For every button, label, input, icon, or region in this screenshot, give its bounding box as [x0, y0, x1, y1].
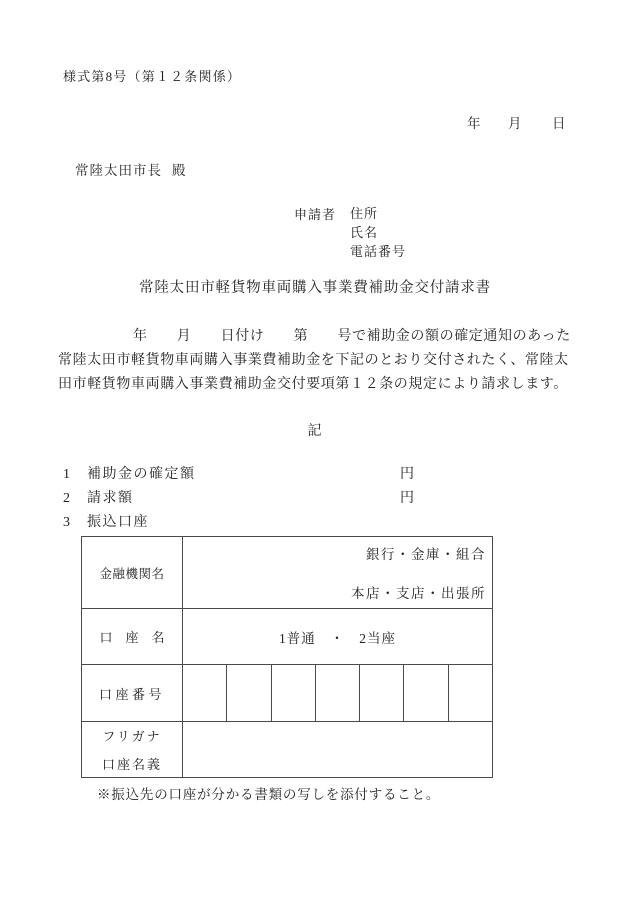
item-label: 請求額 — [87, 487, 134, 511]
account-digit-cell — [403, 665, 447, 721]
body-line-1: 年 月 日付け 第 号で補助金の額の確定通知のあった — [58, 325, 574, 349]
account-digit-cell — [226, 665, 270, 721]
account-type-options: 1普通 ・ 2当座 — [183, 609, 492, 664]
table-row-account-holder: フリガナ 口座名義 — [82, 721, 492, 777]
account-holder-name-label: 口座名義 — [102, 754, 162, 773]
table-row-institution: 金融機関名 銀行・金庫・組合 本店・支店・出張所 — [82, 537, 492, 608]
applicant-address-label: 住所 — [350, 204, 406, 223]
furigana-label: フリガナ — [102, 726, 161, 745]
item-label: 補助金の確定額 — [87, 463, 196, 487]
financial-institution-label: 金融機関名 — [82, 537, 183, 608]
item-unit: 円 — [400, 487, 416, 511]
account-digit-cell — [359, 665, 403, 721]
date-day-label: 日 — [552, 112, 566, 132]
applicant-fields: 住所 氏名 電話番号 — [350, 204, 406, 261]
account-holder-field — [183, 722, 492, 777]
account-digit-cell — [183, 665, 226, 721]
item-list: 1 補助金の確定額 円 2 請求額 円 3 振込口座 — [0, 463, 630, 535]
addressee-name: 常陸太田市長 — [75, 163, 162, 178]
form-number: 様式第8号（第１２条関係） — [63, 66, 241, 85]
addressee-line: 常陸太田市長殿 — [75, 159, 187, 179]
list-item: 2 請求額 円 — [0, 487, 630, 511]
date-month-label: 月 — [508, 112, 522, 132]
account-type-label: 口 座 名 — [82, 609, 183, 664]
body-line-3: 田市軽貨物車両購入事業費補助金交付要項第１２条の規定により請求します。 — [58, 373, 574, 397]
item-number: 3 — [63, 511, 72, 535]
item-label: 振込口座 — [87, 511, 149, 535]
list-item: 3 振込口座 — [0, 511, 630, 535]
table-row-account-type: 口 座 名 1普通 ・ 2当座 — [82, 608, 492, 664]
financial-institution-field: 銀行・金庫・組合 本店・支店・出張所 — [183, 537, 492, 608]
applicant-name-label: 氏名 — [350, 223, 406, 242]
bank-account-table: 金融機関名 銀行・金庫・組合 本店・支店・出張所 口 座 名 1普通 ・ 2当座… — [81, 536, 493, 778]
body-line-2: 常陸太田市軽貨物車両購入事業費補助金を下記のとおり交付されたく、常陸太 — [58, 349, 574, 373]
list-item: 1 補助金の確定額 円 — [0, 463, 630, 487]
applicant-phone-label: 電話番号 — [350, 242, 406, 261]
document-page: 様式第8号（第１２条関係） 年 月 日 常陸太田市長殿 申請者 住所 氏名 電話… — [0, 0, 630, 903]
item-number: 1 — [63, 463, 72, 487]
attachment-note: ※振込先の口座が分かる書類の写しを添付すること。 — [97, 783, 440, 803]
account-number-cells — [183, 665, 492, 721]
document-title: 常陸太田市軽貨物車両購入事業費補助金交付請求書 — [0, 276, 630, 297]
table-row-account-number: 口座番号 — [82, 664, 492, 721]
record-heading: 記 — [0, 420, 630, 440]
applicant-label: 申請者 — [294, 204, 336, 223]
account-digit-cell — [315, 665, 359, 721]
account-holder-labels: フリガナ 口座名義 — [82, 722, 183, 777]
institution-type-options: 銀行・金庫・組合 — [366, 543, 486, 563]
account-digit-cell — [271, 665, 315, 721]
account-digit-cell — [448, 665, 492, 721]
body-paragraph: 年 月 日付け 第 号で補助金の額の確定通知のあった 常陸太田市軽貨物車両購入事… — [58, 325, 574, 397]
addressee-honorific: 殿 — [172, 163, 187, 178]
branch-type-options: 本店・支店・出張所 — [351, 582, 486, 602]
date-year-label: 年 — [467, 112, 481, 132]
item-unit: 円 — [400, 463, 416, 487]
account-number-label: 口座番号 — [82, 665, 183, 721]
item-number: 2 — [63, 487, 72, 511]
